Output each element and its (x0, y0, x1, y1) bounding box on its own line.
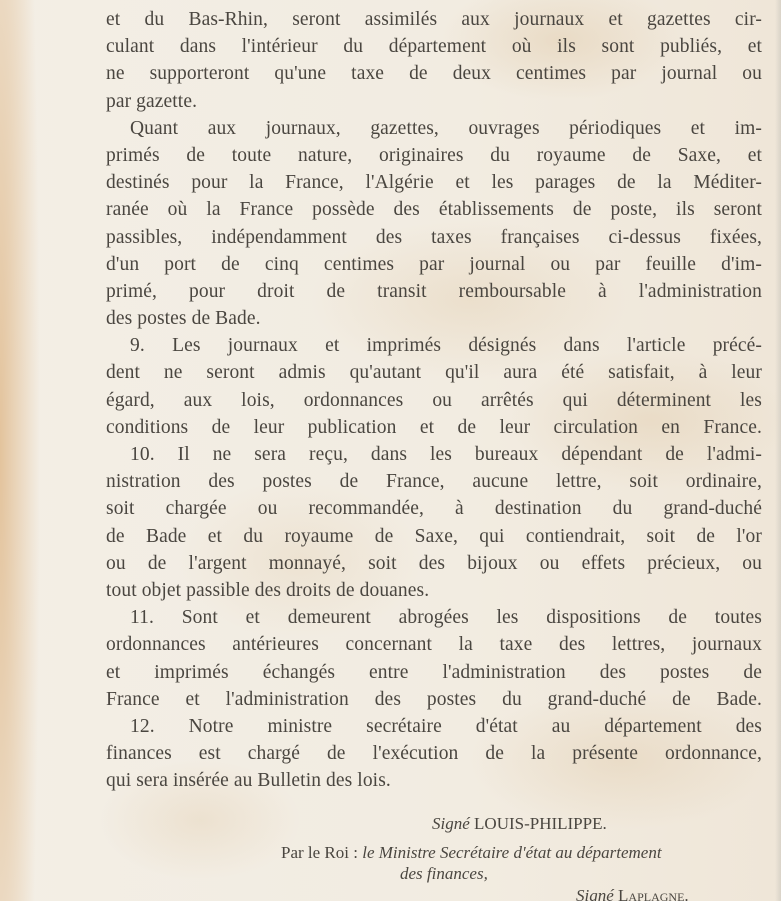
text-line: France et l'administration des postes du… (106, 686, 762, 713)
paragraph-start-saxe: Quant aux journaux, gazettes, ouvrages p… (106, 115, 762, 142)
minister-title: le Ministre Secrétaire d'état au départe… (362, 843, 661, 862)
text-line: destinés pour la France, l'Algérie et le… (106, 169, 762, 196)
text-line: et imprimés échangés entre l'administrat… (106, 659, 762, 686)
text-line: tout objet passible des droits de douane… (106, 577, 762, 604)
text-line: ordonnances antérieures concernant la ta… (106, 631, 762, 658)
text-line: primé, pour droit de transit remboursabl… (106, 278, 762, 305)
signature-name: LOUIS-PHILIPPE. (474, 814, 607, 833)
page-edge (775, 0, 781, 901)
text-line: dent ne seront admis qu'autant qu'il aur… (106, 359, 762, 386)
text-line: par gazette. (106, 88, 762, 115)
text-line: de Bade et du royaume de Saxe, qui conti… (106, 523, 762, 550)
signature-prefix: Signé (432, 814, 470, 833)
text-line: passibles, indépendamment des taxes fran… (106, 224, 762, 251)
text-line: ou de l'argent monnayé, soit des bijoux … (106, 550, 762, 577)
text-line: primés de toute nature, originaires du r… (106, 142, 762, 169)
text-line: soit chargée ou recommandée, à destinati… (106, 495, 762, 522)
body-text: et du Bas-Rhin, seront assimilés aux jou… (106, 6, 762, 794)
article-10: 10. Il ne sera reçu, dans les bureaux dé… (106, 441, 762, 468)
text-line: culant dans l'intérieur du département o… (106, 33, 762, 60)
minister-signature: Signé Laplagne. (576, 886, 689, 901)
article-9: 9. Les journaux et imprimés désignés dan… (106, 332, 762, 359)
minister-title-cont: des finances, (400, 864, 488, 883)
text-line: finances est chargé de l'exécution de la… (106, 740, 762, 767)
signature-prefix: Signé (576, 886, 614, 901)
text-line: des postes de Bade. (106, 305, 762, 332)
text-line: égard, aux lois, ordonnances ou arrêtés … (106, 387, 762, 414)
signature-name: Laplagne. (618, 886, 689, 901)
text-line: qui sera insérée au Bulletin des lois. (106, 767, 762, 794)
text-line: ranée où la France possède des établisse… (106, 196, 762, 223)
text-line: conditions de leur publication et de leu… (106, 414, 762, 441)
text-line: d'un port de cinq centimes par journal o… (106, 251, 762, 278)
king-signature: Signé LOUIS-PHILIPPE. (432, 814, 607, 834)
countersign-prefix: Par le Roi : (281, 843, 358, 862)
countersign-line: Par le Roi : le Ministre Secrétaire d'ét… (281, 843, 662, 863)
article-12: 12. Notre ministre secrétaire d'état au … (106, 713, 762, 740)
aged-paper-page: et du Bas-Rhin, seront assimilés aux jou… (0, 0, 781, 901)
text-line: et du Bas-Rhin, seront assimilés aux jou… (106, 6, 762, 33)
article-11: 11. Sont et demeurent abrogées les dispo… (106, 604, 762, 631)
text-line: nistration des postes de France, aucune … (106, 468, 762, 495)
text-line: ne supporteront qu'une taxe de deux cent… (106, 60, 762, 87)
countersign-line-2: des finances, (400, 864, 488, 884)
